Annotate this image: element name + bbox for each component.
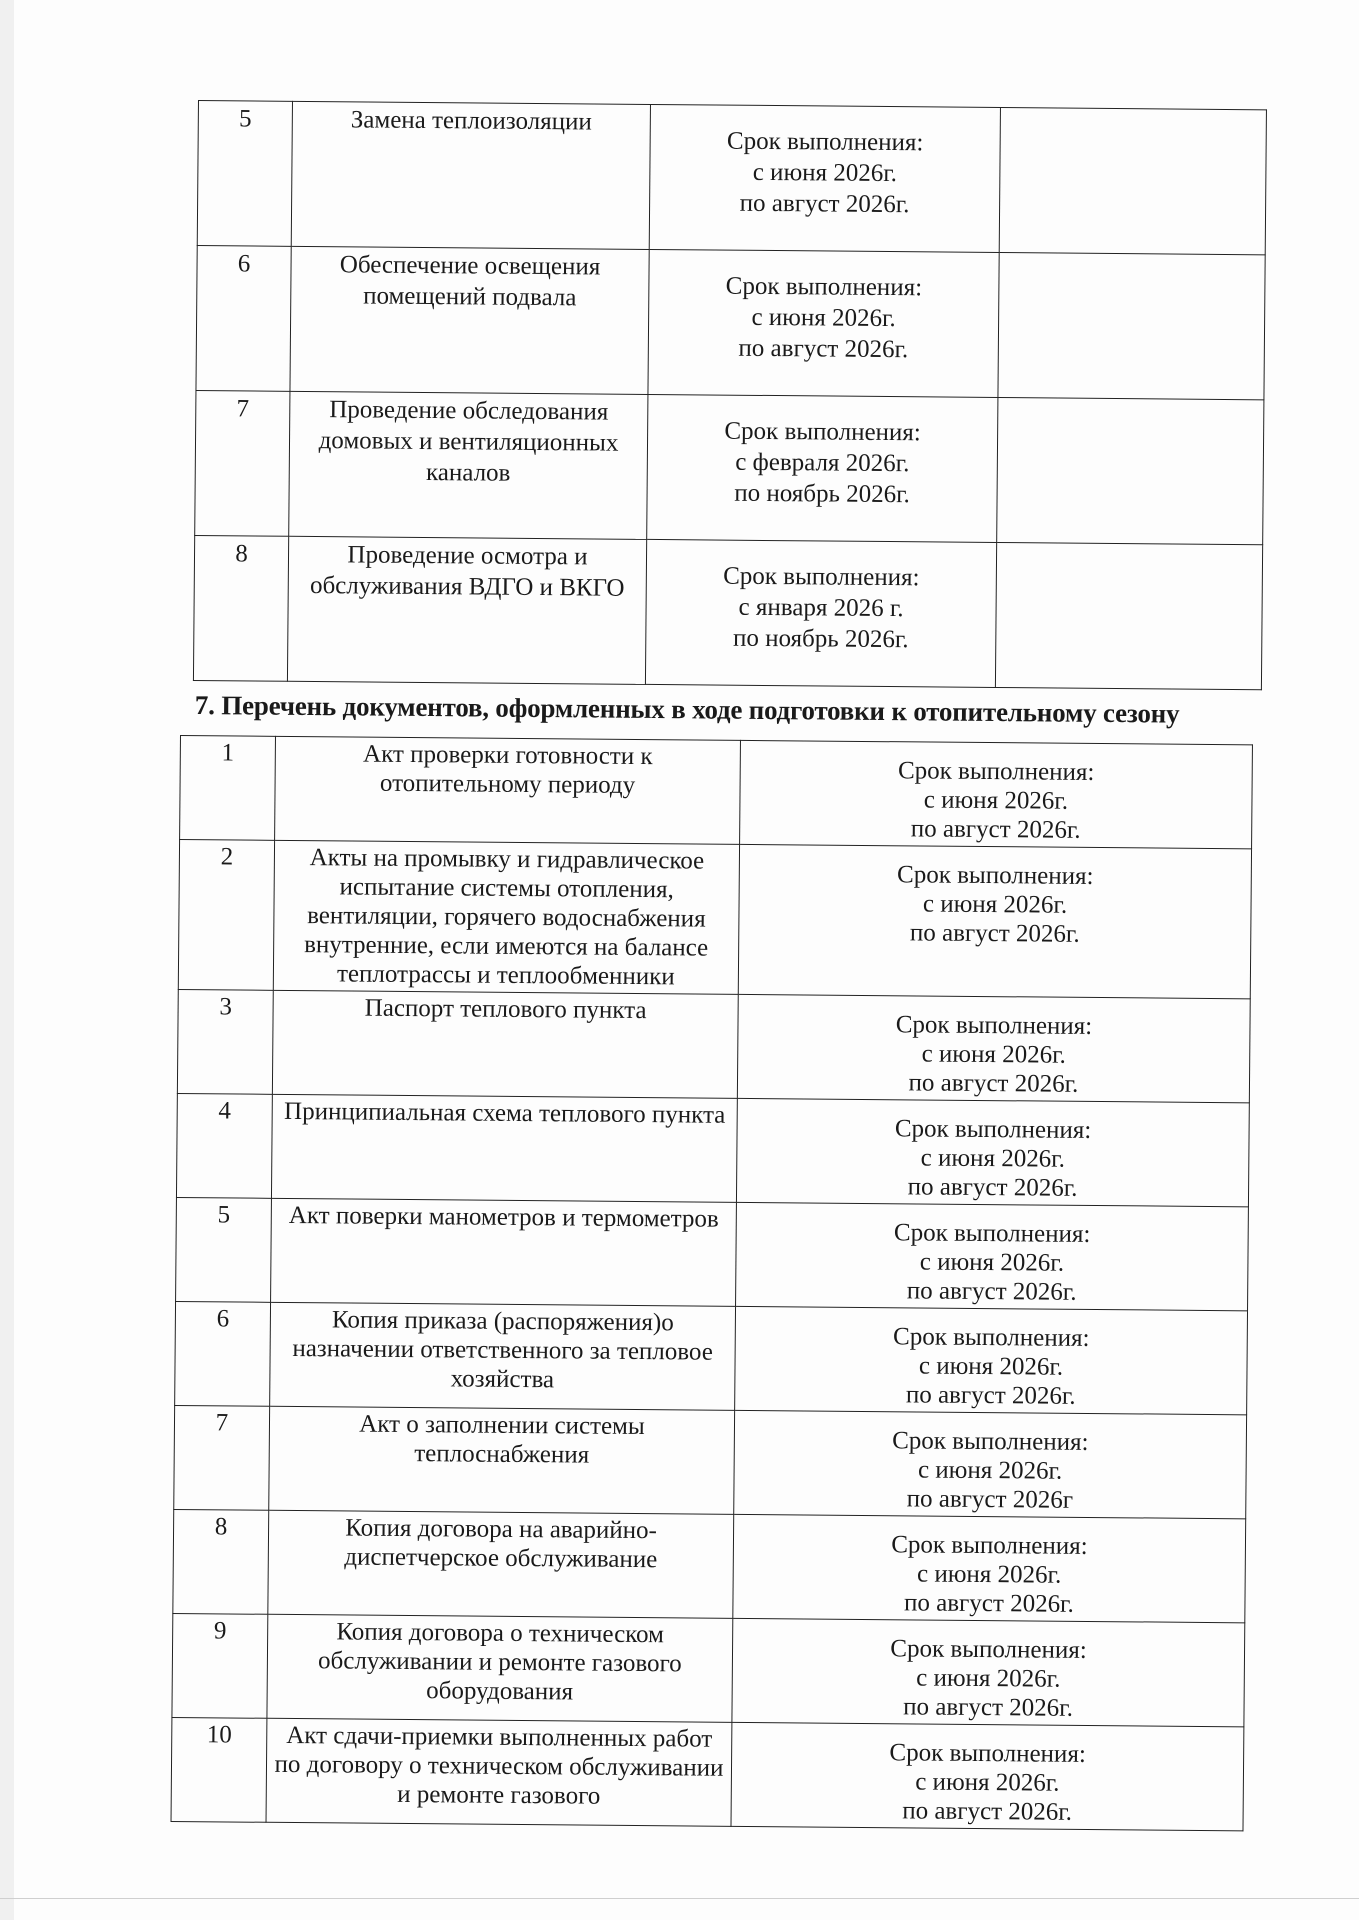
term-line: Срок выполнения: [746,859,1245,892]
work-term: Срок выполнения:с июня 2026г.по август 2… [648,249,999,397]
document-name: Копия договора на аварийно-диспетчерское… [268,1510,734,1618]
scan-bottom-edge [0,1898,1359,1899]
scan-edge [0,0,14,1920]
term-line: Срок выполнения: [657,125,994,159]
row-number: 8 [173,1509,269,1614]
term-line: с июня 2026г. [742,1246,1241,1279]
term-line: по август 2026г [740,1483,1239,1516]
term-line: с июня 2026г. [741,1350,1240,1383]
term-line: по август 2026г. [738,1691,1237,1724]
document-term: Срок выполнения:с июня 2026г.по август 2… [731,1722,1244,1830]
table-row: 5Акт поверки манометров и термометровСро… [176,1197,1249,1310]
document-term: Срок выполнения:с июня 2026г.по август 2… [738,844,1251,998]
table-row: 8Проведение осмотра и обслуживания ВДГО … [193,535,1262,689]
document-name: Копия приказа (распоряжения)о назначении… [270,1302,736,1410]
table-row: 7Акт о заполнении системы теплоснабжения… [174,1405,1247,1518]
table-row: 9Копия договора о техническом обслуживан… [172,1613,1245,1726]
term-line: по август 2026г. [745,917,1244,950]
row-number: 8 [193,535,288,681]
term-line: по август 2026г. [746,813,1245,846]
row-number: 1 [180,736,276,841]
work-term: Срок выполнения:с февраля 2026г.по ноябр… [647,394,998,542]
term-line: Срок выполнения: [747,755,1246,788]
works-table: 5Замена теплоизоляцииСрок выполнения:с и… [193,100,1267,690]
row-number: 6 [175,1301,271,1406]
table-row: 1Акт проверки готовности к отопительному… [180,736,1253,849]
term-line: с июня 2026г. [740,1558,1239,1591]
document-name: Принципиальная схема теплового пункта [271,1094,737,1202]
row-number: 4 [176,1093,272,1198]
term-line: по август 2026г. [738,1795,1237,1828]
term-line: Срок выполнения: [654,415,991,449]
row-number: 7 [174,1405,270,1510]
work-note [995,542,1262,689]
term-line: по август 2026г. [744,1067,1243,1100]
term-line: по ноябрь 2026г. [652,622,989,656]
document-name: Акт поверки манометров и термометров [271,1198,737,1306]
term-line: с февраля 2026г. [654,446,991,480]
term-line: Срок выполнения: [744,1009,1243,1042]
work-name: Замена теплоизоляции [291,101,650,249]
term-line: Срок выполнения: [653,560,990,594]
document-name: Копия договора о техническом обслуживани… [267,1614,733,1722]
document-term: Срок выполнения:с июня 2026г.по август 2… [733,1514,1246,1622]
term-line: Срок выполнения: [655,270,992,304]
row-number: 9 [172,1613,268,1718]
term-line: с июня 2026г. [746,784,1245,817]
term-line: Срок выполнения: [740,1529,1239,1562]
table-row: 3Паспорт теплового пунктаСрок выполнения… [177,989,1250,1102]
term-line: Срок выполнения: [739,1633,1238,1666]
row-number: 5 [197,101,292,247]
work-note [998,252,1265,399]
term-line: с июня 2026г. [744,1038,1243,1071]
document-name: Акт сдачи-приемки выполненных работ по д… [266,1718,732,1826]
document-term: Срок выполнения:с июня 2026г.по август 2… [734,1410,1247,1518]
table-row: 2Акты на промывку и гидравлическое испыт… [178,840,1251,999]
term-line: с января 2026 г. [652,591,989,625]
work-term: Срок выполнения:с июня 2026г.по август 2… [649,104,1000,252]
term-line: по ноябрь 2026г. [653,477,990,511]
term-line: по август 2026г. [741,1379,1240,1412]
table-row: 10Акт сдачи-приемки выполненных работ по… [171,1717,1244,1830]
document-name: Акт проверки готовности к отопительному … [275,736,741,844]
term-line: с июня 2026г. [745,888,1244,921]
term-line: по август 2026г. [739,1587,1238,1620]
row-number: 7 [195,390,290,536]
term-line: по август 2026г. [742,1275,1241,1308]
term-line: по август 2026г. [655,332,992,366]
work-note [997,397,1264,544]
term-line: с июня 2026г. [738,1766,1237,1799]
term-line: Срок выполнения: [743,1217,1242,1250]
document-term: Срок выполнения:с июня 2026г.по август 2… [732,1618,1245,1726]
table-row: 6Обеспечение освещения помещений подвала… [196,245,1265,399]
table-row: 4Принципиальная схема теплового пунктаСр… [176,1093,1249,1206]
term-line: с июня 2026г. [655,301,992,335]
document-term: Срок выполнения:с июня 2026г.по август 2… [737,994,1250,1102]
document-term: Срок выполнения:с июня 2026г.по август 2… [736,1098,1249,1206]
table-row: 7Проведение обследования домовых и венти… [195,390,1264,544]
term-line: Срок выполнения: [738,1737,1237,1770]
work-term: Срок выполнения:с января 2026 г.по ноябр… [645,539,996,687]
document-page: 5Замена теплоизоляцииСрок выполнения:с и… [0,0,1359,1920]
document-name: Акты на промывку и гидравлическое испыта… [273,840,739,994]
document-name: Акт о заполнении системы теплоснабжения [269,1406,735,1514]
table-row: 6Копия приказа (распоряжения)о назначени… [175,1301,1248,1414]
term-line: Срок выполнения: [742,1321,1241,1354]
row-number: 2 [178,840,274,991]
term-line: с июня 2026г. [739,1662,1238,1695]
document-name: Паспорт теплового пункта [272,990,738,1098]
row-number: 6 [196,245,291,391]
term-line: с июня 2026г. [743,1142,1242,1175]
row-number: 10 [171,1717,267,1822]
term-line: с июня 2026г. [740,1454,1239,1487]
work-name: Проведение обследования домовых и вентил… [289,391,648,539]
document-term: Срок выполнения:с июня 2026г.по август 2… [740,740,1253,848]
term-line: с июня 2026г. [656,156,993,190]
work-name: Обеспечение освещения помещений подвала [290,246,649,394]
term-line: по август 2026г. [656,187,993,221]
documents-table: 1Акт проверки готовности к отопительному… [171,735,1253,1831]
table-row: 5Замена теплоизоляцииСрок выполнения:с и… [197,101,1266,255]
term-line: Срок выполнения: [743,1113,1242,1146]
work-note [999,108,1266,255]
section-title: 7. Перечень документов, оформленных в хо… [195,690,1180,730]
document-term: Срок выполнения:с июня 2026г.по август 2… [736,1202,1249,1310]
document-term: Срок выполнения:с июня 2026г.по август 2… [735,1306,1248,1414]
term-line: Срок выполнения: [741,1425,1240,1458]
term-line: по август 2026г. [743,1171,1242,1204]
table-row: 8Копия договора на аварийно-диспетчерско… [173,1509,1246,1622]
row-number: 5 [176,1197,272,1302]
row-number: 3 [177,989,273,1094]
work-name: Проведение осмотра и обслуживания ВДГО и… [287,536,646,684]
